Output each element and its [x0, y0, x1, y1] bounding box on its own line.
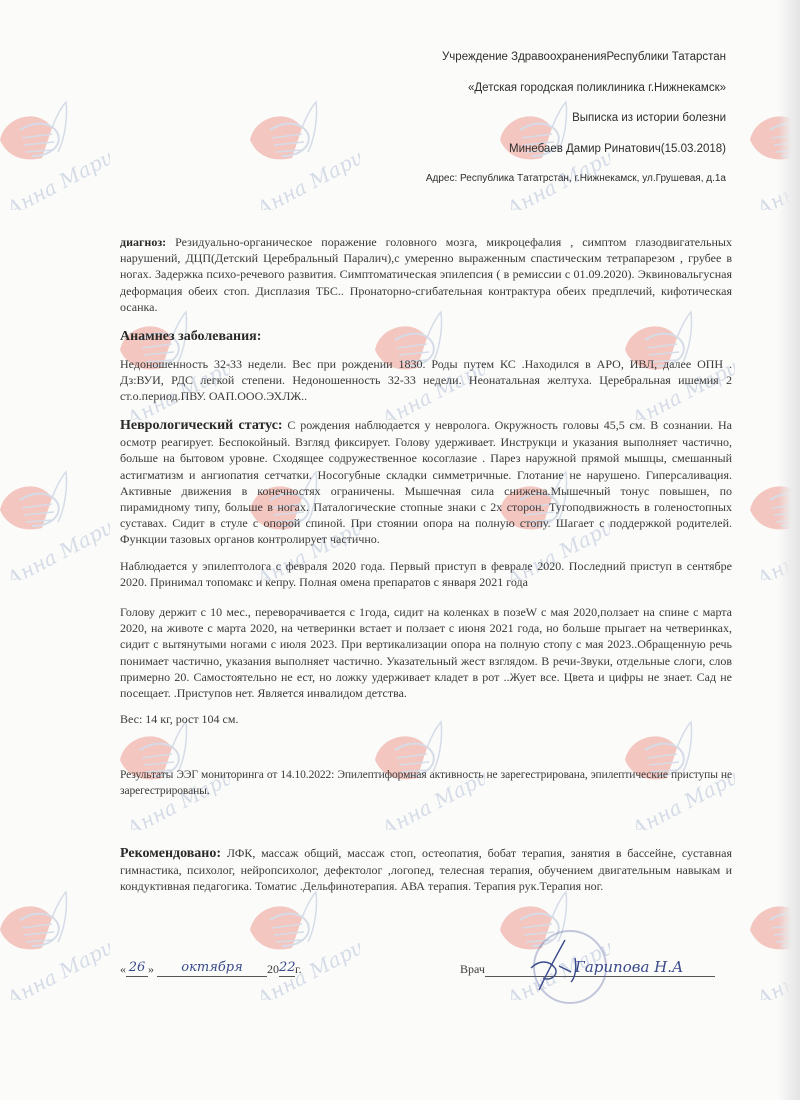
- doctor-signature: Врач Гарипова Н.А: [460, 960, 715, 977]
- anamnesis-title-block: Анамнез заболевания:: [120, 329, 732, 345]
- date-year-prefix: 20: [267, 962, 279, 976]
- eeg-results: Результаты ЭЭГ мониторинга от 14.10.2022…: [120, 767, 732, 799]
- diagnosis-text: Резидуально-органическое поражение голов…: [120, 235, 732, 314]
- epilepsy-section: Наблюдается у эпилептолога с февраля 202…: [120, 558, 732, 590]
- eeg-section: Результаты ЭЭГ мониторинга от 14.10.2022…: [120, 767, 732, 799]
- measurements-text: Вес: 14 кг, рост 104 см.: [120, 711, 732, 727]
- signature-row: «26» октября2022г. Врач Гарипова Н.А: [120, 955, 732, 985]
- diagnosis-section: диагноз: Резидуально-органическое пораже…: [120, 234, 732, 315]
- recommendations-section: Рекомендовано: ЛФК, массаж общий, массаж…: [120, 845, 732, 895]
- page-edge-shadow: [778, 0, 800, 1100]
- signature-line: Гарипова Н.А: [485, 960, 715, 977]
- neuro-status-section: Неврологический статус: С рождения наблю…: [120, 417, 732, 548]
- watermark-logo-icon: Анна Мария: [0, 890, 110, 1000]
- neuro-status-label: Неврологический статус:: [120, 418, 283, 433]
- svg-text:Анна Мария: Анна Мария: [250, 138, 360, 210]
- date-quote-close: »: [148, 962, 154, 976]
- date-day: 26: [126, 960, 148, 977]
- watermark-logo-icon: Анна Мария: [0, 470, 110, 580]
- patient-address: Адрес: Республика Tататрстан, г.Нижнекам…: [426, 172, 726, 186]
- institution-name: Учреждение ЗдравоохраненияРеспублики Тат…: [426, 50, 726, 64]
- date-suffix: г.: [295, 962, 302, 976]
- recommendations-label: Рекомендовано:: [120, 846, 221, 861]
- doctor-label: Врач: [460, 962, 485, 976]
- neuro-status-text: С рождения наблюдается у невролога. Окру…: [120, 418, 732, 546]
- development-section: Голову держит с 10 мес., переворачиваетс…: [120, 604, 732, 701]
- diagnosis-label: диагноз:: [120, 235, 166, 249]
- date-year-suffix: 22: [279, 960, 295, 977]
- svg-text:Анна Мария: Анна Мария: [0, 928, 110, 1000]
- patient-name: Минебаев Дамир Ринатович(15.03.2018): [426, 142, 726, 156]
- svg-text:Анна Мария: Анна Мария: [0, 508, 110, 580]
- anamnesis-section: Недоношенность 32-33 недели. Вес при рож…: [120, 356, 732, 405]
- anamnesis-text: Недоношенность 32-33 недели. Вес при рож…: [120, 356, 732, 405]
- svg-text:Анна Мария: Анна Мария: [0, 138, 110, 210]
- date-month: октября: [157, 960, 267, 977]
- measurements-section: Вес: 14 кг, рост 104 см.: [120, 711, 732, 727]
- clinic-name: «Детская городская поликлиника г.Нижнека…: [426, 81, 726, 95]
- document-header: Учреждение ЗдравоохраненияРеспублики Тат…: [426, 50, 726, 186]
- watermark-logo-icon: Анна Мария: [0, 100, 110, 210]
- doctor-name: Гарипова Н.А: [575, 958, 683, 976]
- development-note: Голову держит с 10 мес., переворачиваетс…: [120, 604, 732, 701]
- document-title: Выписка из истории болезни: [426, 111, 726, 125]
- anamnesis-title: Анамнез заболевания:: [120, 329, 732, 345]
- watermark-logo-icon: Анна Мария: [230, 100, 360, 210]
- epilepsy-note: Наблюдается у эпилептолога с февраля 202…: [120, 558, 732, 590]
- signature-date: «26» октября2022г.: [120, 960, 302, 977]
